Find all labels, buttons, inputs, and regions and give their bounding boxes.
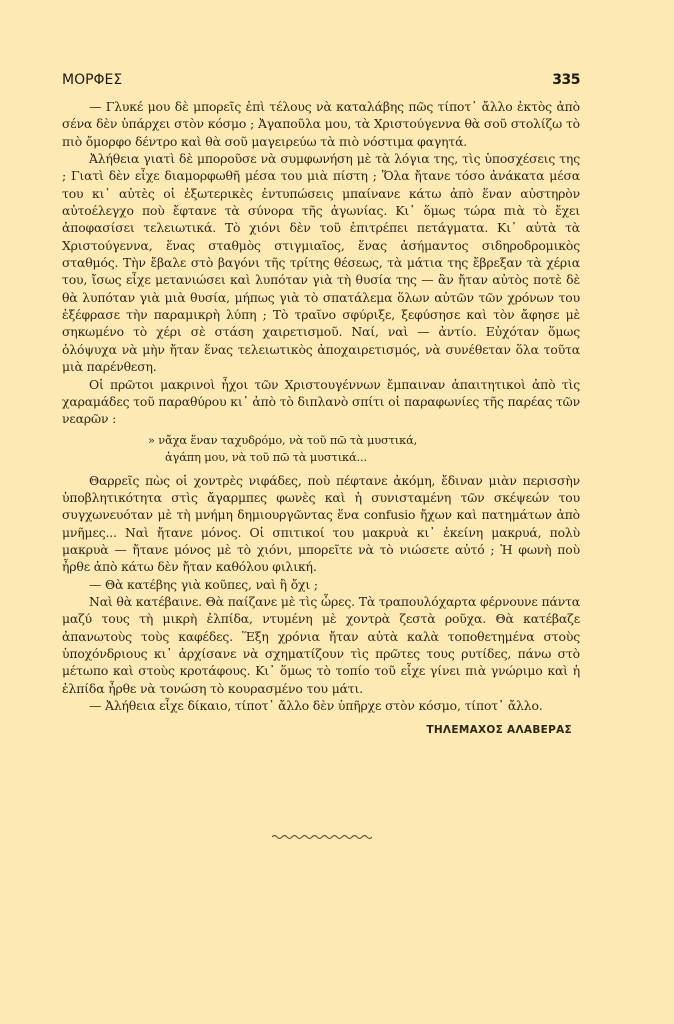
article-body: — Γλυκέ μου δὲ μπορεῖς ἐπὶ τέλους νὰ κατ… — [62, 98, 580, 740]
paragraph: Οἱ πρῶτοι μακρινοὶ ἦχοι τῶν Χριστουγέννω… — [62, 376, 580, 428]
running-header: ΜΟΡΦΕΣ 335 — [62, 72, 580, 88]
dialogue-line: — Ἀλήθεια εἶχε δίκαιο, τίποτ᾽ ἄλλο δὲν ὑ… — [62, 697, 580, 714]
paragraph: Ἀλήθεια γιατὶ δὲ μποροῦσε νὰ συμφωνήση μ… — [62, 150, 580, 375]
verse-line: » νἄχα ἕναν ταχυδρόμο, νὰ τοῦ πῶ τὰ μυστ… — [62, 432, 580, 449]
wavy-rule-ornament-icon — [272, 832, 372, 842]
journal-title: ΜΟΡΦΕΣ — [62, 72, 122, 88]
dialogue-line: — Θὰ κατέβης γιὰ κοῦπες, ναὶ ἢ ὄχι ; — [62, 576, 580, 593]
song-verse: » νἄχα ἕναν ταχυδρόμο, νὰ τοῦ πῶ τὰ μυστ… — [62, 432, 580, 466]
document-page: ΜΟΡΦΕΣ 335 — Γλυκέ μου δὲ μπορεῖς ἐπὶ τέ… — [0, 0, 674, 1024]
author-signature: ΤΗΛΕΜΑΧΟΣ ΑΛΑΒΕΡΑΣ — [62, 722, 580, 739]
paragraph: Ναὶ θὰ κατέβαινε. Θὰ παίζανε μὲ τὶς ὧρες… — [62, 593, 580, 697]
page-number: 335 — [552, 72, 580, 88]
verse-line: ἀγάπη μου, νὰ τοῦ πῶ τὰ μυστικά... — [62, 449, 580, 466]
paragraph: — Γλυκέ μου δὲ μπορεῖς ἐπὶ τέλους νὰ κατ… — [62, 98, 580, 150]
paragraph: Θαρρεῖς πὼς οἱ χοντρὲς νιφάδες, ποὺ πέφτ… — [62, 472, 580, 576]
